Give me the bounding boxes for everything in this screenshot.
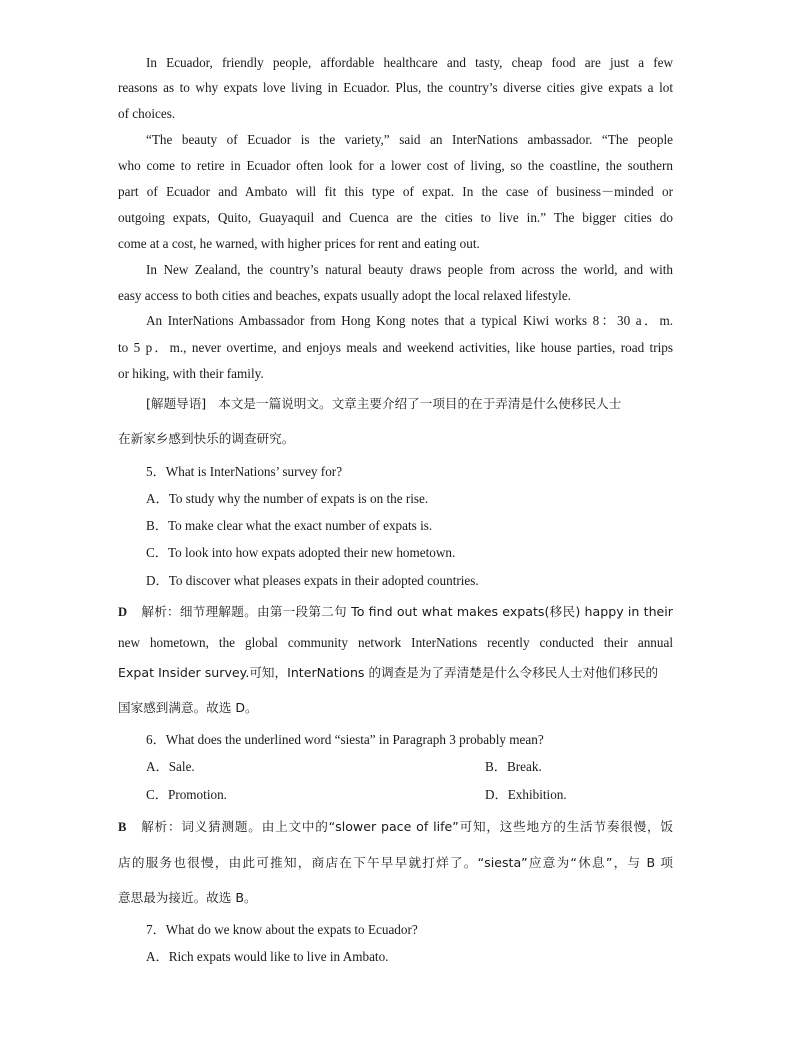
passage-line: who come to retire in Ecuador often look… [118,157,673,175]
question-stem: 6．What does the underlined word “siesta”… [146,731,544,749]
answer-explanation-line: D解析：细节理解题。由第一段第二句 To find out what makes… [118,603,673,621]
answer-explanation-line: 店的服务也很慢，由此可推知，商店在下午早早就打烊了。“siesta”应意为“休息… [118,854,673,872]
passage-line: easy access to both cities and beaches, … [118,287,571,305]
option-b: B．To make clear what the exact number of… [146,517,432,535]
passage-line: In Ecuador, friendly people, affordable … [146,54,673,72]
passage-line: of choices. [118,105,175,123]
passage-line: come at a cost, he warned, with higher p… [118,235,480,253]
passage-line: In New Zealand, the country’s natural be… [146,261,673,279]
passage-line: “The beauty of Ecuador is the variety,” … [146,131,673,149]
answer-letter: B [118,820,126,834]
option-a: A．Sale. [146,758,195,776]
guide-label: [解题导语] [146,396,206,411]
question-number: 6． [146,732,166,747]
passage-line: reasons as to why expats love living in … [118,79,673,97]
answer-explanation-line: 意思最为接近。故选 B。 [118,889,257,907]
question-stem: 7．What do we know about the expats to Ec… [146,921,418,939]
guide-line: 在新家乡感到快乐的调查研究。 [118,430,294,448]
question-number: 7． [146,922,166,937]
answer-explanation-line: 国家感到满意。故选 D。 [118,699,258,717]
answer-explanation-line: new hometown, the global community netwo… [118,634,673,652]
option-a: A．To study why the number of expats is o… [146,490,428,508]
question-number: 5． [146,464,166,479]
answer-letter: D [118,605,127,619]
option-c: C．To look into how expats adopted their … [146,544,455,562]
answer-explanation-line: Expat Insider survey.可知，InterNations 的调查… [118,664,658,682]
guide-text: 本文是一篇说明文。文章主要介绍了一项目的在于弄清是什么使移民人士 [218,396,621,411]
option-d: D．Exhibition. [485,786,567,804]
passage-line: part of Ecuador and Ambato will fit this… [118,183,673,201]
option-a: A．Rich expats would like to live in Amba… [146,948,388,966]
passage-line: An InterNations Ambassador from Hong Kon… [146,312,673,330]
passage-line: or hiking, with their family. [118,365,264,383]
answer-explanation-line: B解析：词义猜测题。由上文中的“slower pace of life”可知，这… [118,818,673,836]
option-d: D．To discover what pleases expats in the… [146,572,479,590]
passage-line: outgoing expats, Quito, Guayaquil and Cu… [118,209,673,227]
question-stem: 5．What is InterNations’ survey for? [146,463,342,481]
option-b: B．Break. [485,758,542,776]
option-c: C．Promotion. [146,786,227,804]
passage-line: to 5 p．m., never overtime, and enjoys me… [118,339,673,357]
guide-line: [解题导语] 本文是一篇说明文。文章主要介绍了一项目的在于弄清是什么使移民人士 [146,395,621,413]
